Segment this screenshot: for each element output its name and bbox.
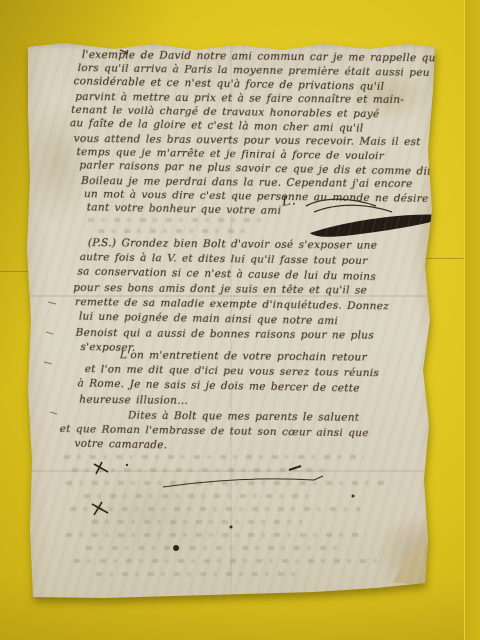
ink-speck	[230, 526, 233, 529]
ink-bleed-line	[84, 494, 314, 498]
paragraph-3: L'on m'entretient de votre prochain reto…	[75, 348, 379, 412]
ink-bleed-line	[74, 559, 384, 563]
ink-bleed-line	[96, 572, 296, 576]
ink-bleed-line	[66, 533, 366, 537]
photo-backdrop: l'exemple de David notre ami commun car …	[0, 0, 480, 640]
ink-bleed-line	[98, 229, 248, 233]
ink-bleed-line	[88, 218, 268, 222]
paper-fold-corner	[392, 538, 428, 586]
ink-bleed-line	[72, 468, 332, 472]
paragraph-2-postscript: (P.S.) Grondez bien Bolt d'avoir osé s'e…	[68, 236, 390, 360]
ink-speck	[352, 495, 355, 498]
backdrop-right-strip	[464, 0, 480, 640]
ink-bleed-line	[92, 520, 302, 524]
paragraph-4: Dites à Bolt que mes parents le saluente…	[57, 408, 369, 457]
margin-tick	[44, 302, 57, 414]
paragraph-1: l'exemple de David notre ami commun car …	[74, 48, 443, 221]
ink-speck	[126, 464, 128, 466]
ink-bleed-line	[66, 481, 386, 485]
letter-paper-wrap: l'exemple de David notre ami commun car …	[24, 40, 440, 600]
letter-paper: l'exemple de David notre ami commun car …	[24, 40, 440, 600]
signature: L.	[281, 193, 297, 209]
ink-bleed-line	[70, 507, 360, 511]
ink-bleed-line	[86, 546, 346, 550]
